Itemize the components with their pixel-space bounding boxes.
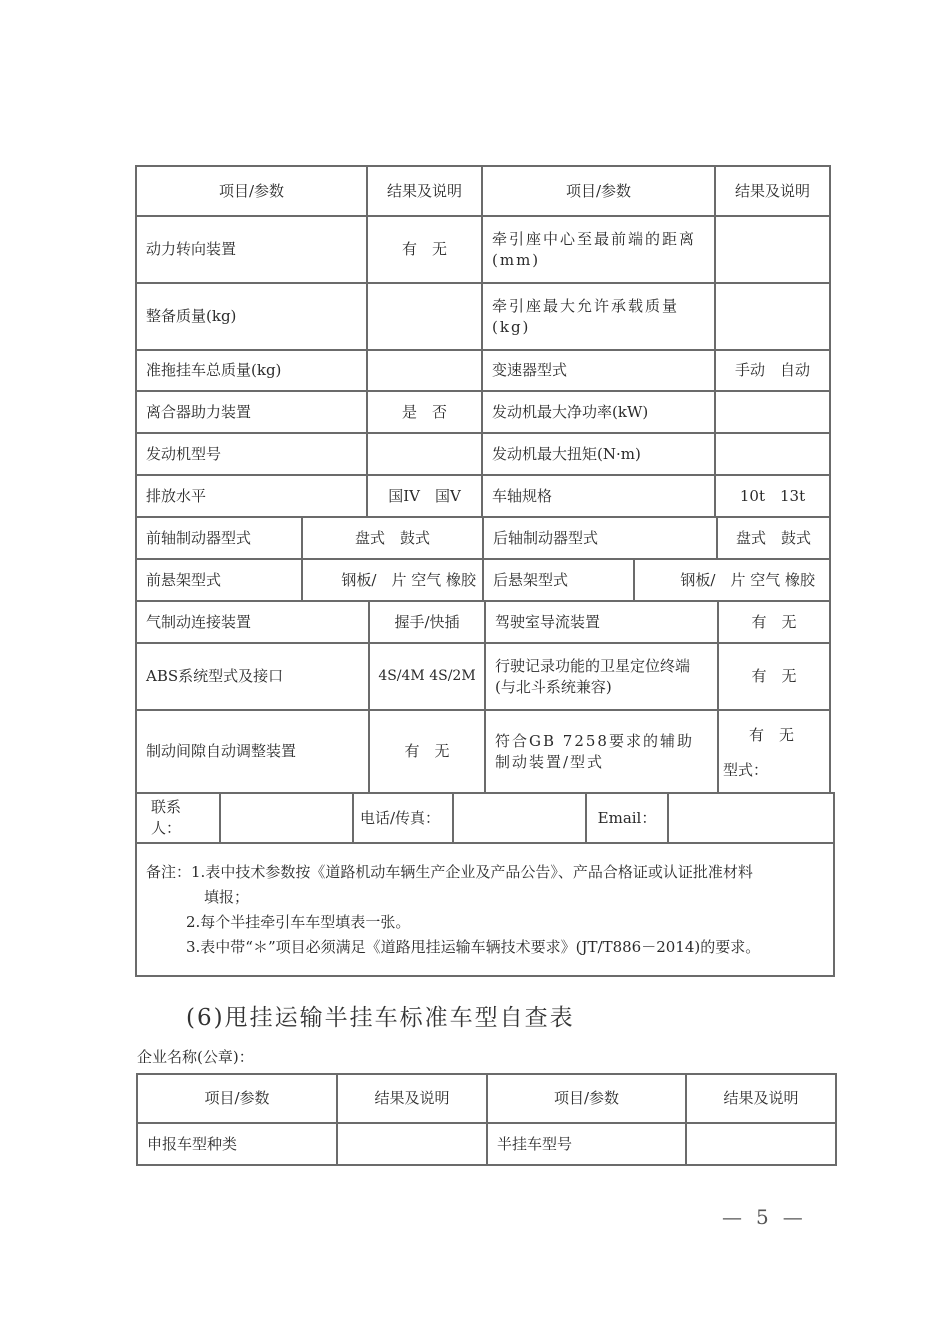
param-value[interactable]: 钢板/ 片 空气 橡胶	[635, 560, 829, 600]
param-label: 车轴规格	[483, 476, 714, 516]
param-label: 排放水平	[137, 476, 366, 516]
table-border	[135, 842, 835, 844]
param-value[interactable]	[716, 284, 829, 349]
email-field[interactable]	[669, 794, 833, 842]
param-value[interactable]: 手动 自动	[716, 351, 829, 390]
param-value[interactable]: 盘式 鼓式	[718, 518, 829, 558]
table-border	[835, 1073, 837, 1166]
param-value[interactable]	[716, 392, 829, 432]
param-value[interactable]: 4S/4M 4S/2M	[370, 644, 484, 709]
param-label: 行驶记录功能的卫星定位终端(与北斗系统兼容)	[486, 644, 717, 709]
header-item: 项目/参数	[488, 1075, 685, 1122]
param-label: 发动机最大扭矩(N·m)	[483, 434, 714, 474]
notes-block: 备注：1.表中技术参数按《道路机动车辆生产企业及产品公告》、产品合格证或认证批准…	[146, 860, 830, 960]
param-value[interactable]: 钢板/ 片 空气 橡胶	[303, 560, 482, 600]
phone-fax-field[interactable]	[454, 794, 585, 842]
header-result: 结果及说明	[716, 167, 829, 215]
param-label: 半挂车型号	[488, 1124, 685, 1164]
brake-type-label: 型式：	[723, 759, 768, 780]
param-label: 前悬架型式	[137, 560, 301, 600]
dash-left: —	[722, 1205, 742, 1229]
param-label: 准拖挂车总质量(kg)	[137, 351, 366, 390]
param-label: 符合GB 7258要求的辅助制动装置/型式	[486, 711, 717, 792]
param-value[interactable]	[338, 1124, 486, 1164]
param-label: 离合器助力装置	[137, 392, 366, 432]
phone-fax-label: 电话/传真：	[354, 794, 452, 842]
param-label: 牵引座最大允许承载质量(kg)	[483, 284, 714, 349]
param-label: 气制动连接装置	[137, 602, 368, 642]
param-label: 驾驶室导流装置	[486, 602, 717, 642]
company-name-label: 企业名称(公章)：	[137, 1046, 254, 1067]
param-label: 发动机型号	[137, 434, 366, 474]
header-item: 项目/参数	[137, 167, 366, 215]
param-label: 动力转向装置	[137, 217, 366, 282]
param-value[interactable]	[368, 434, 481, 474]
header-item: 项目/参数	[483, 167, 714, 215]
note-1-continued: 填报；	[146, 885, 830, 910]
table-border	[833, 792, 835, 977]
contact-person-label: 联系人：	[142, 794, 219, 842]
param-label: 后轴制动器型式	[484, 518, 716, 558]
header-result: 结果及说明	[368, 167, 481, 215]
section-title: (6)甩挂运输半挂车标准车型自查表	[186, 999, 575, 1032]
param-value[interactable]: 有 无	[719, 602, 829, 642]
param-value[interactable]: 盘式 鼓式	[303, 518, 482, 558]
notes-prefix: 备注：	[146, 863, 191, 881]
param-value[interactable]	[716, 434, 829, 474]
param-value[interactable]: 10t 13t	[716, 476, 829, 516]
table-border	[135, 975, 835, 977]
param-value[interactable]: 握手/快插	[370, 602, 484, 642]
param-value[interactable]: 国IV 国V	[368, 476, 481, 516]
param-label: 后悬架型式	[484, 560, 633, 600]
dash-right: —	[783, 1205, 803, 1229]
header-result: 结果及说明	[687, 1075, 835, 1122]
note-2: 2.每个半挂牵引车车型填表一张。	[146, 910, 830, 935]
param-label: 牵引座中心至最前端的距离(mm)	[483, 217, 714, 282]
param-label: ABS系统型式及接口	[137, 644, 368, 709]
header-result: 结果及说明	[338, 1075, 486, 1122]
email-label: Email：	[587, 794, 667, 842]
note-1: 1.表中技术参数按《道路机动车辆生产企业及产品公告》、产品合格证或认证批准材料	[191, 863, 753, 881]
param-value[interactable]: 有 无	[370, 711, 484, 792]
page-footer: — 5 —	[722, 1205, 803, 1229]
param-label: 整备质量(kg)	[137, 284, 366, 349]
page-number: 5	[756, 1205, 769, 1229]
param-value[interactable]	[368, 284, 481, 349]
header-item: 项目/参数	[138, 1075, 336, 1122]
param-label: 前轴制动器型式	[137, 518, 301, 558]
param-value[interactable]	[716, 217, 829, 282]
table-border	[829, 165, 831, 793]
contact-person-field[interactable]	[221, 794, 352, 842]
param-label: 制动间隙自动调整装置	[137, 711, 368, 792]
param-value[interactable]: 有 无	[749, 724, 794, 745]
param-value[interactable]: 有 无	[719, 644, 829, 709]
param-value[interactable]: 有 无	[368, 217, 481, 282]
aux-brake-cell[interactable]: 有 无 型式：	[719, 711, 829, 792]
param-label: 发动机最大净功率(kW)	[483, 392, 714, 432]
note-3: 3.表中带“＊”项目必须满足《道路甩挂运输车辆技术要求》(JT/T886－201…	[146, 935, 830, 960]
param-value[interactable]: 是 否	[368, 392, 481, 432]
param-label: 变速器型式	[483, 351, 714, 390]
param-value[interactable]	[687, 1124, 835, 1164]
param-value[interactable]	[368, 351, 481, 390]
param-label: 申报车型种类	[138, 1124, 336, 1164]
